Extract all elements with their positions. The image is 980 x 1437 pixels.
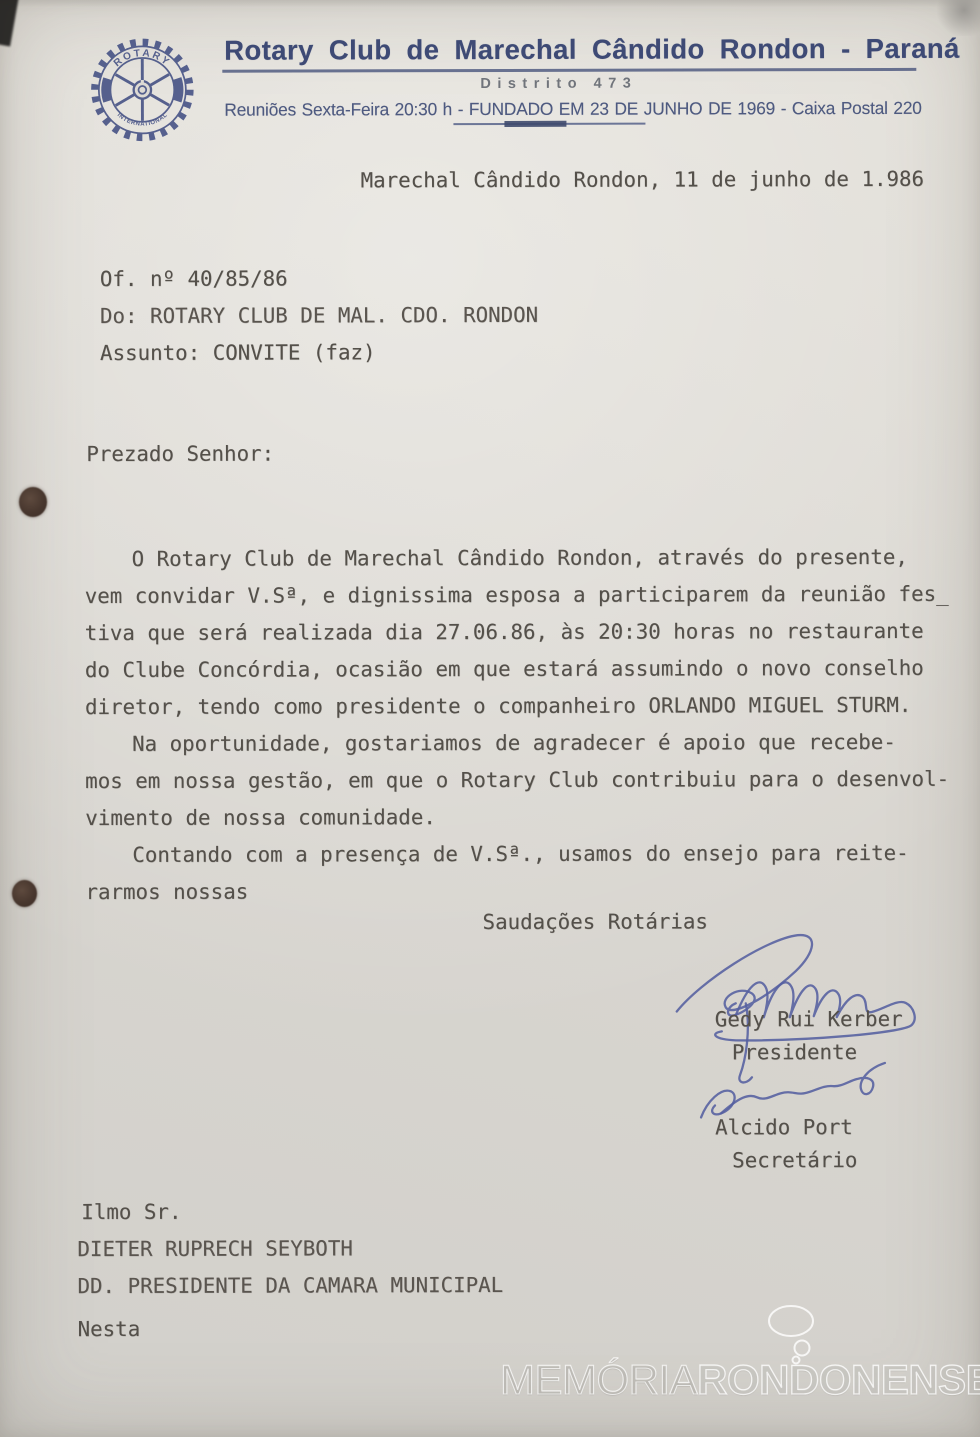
recipient-role: DD. PRESIDENTE DA CAMARA MUNICIPAL [77,1273,503,1300]
reference-from: Do: ROTARY CLUB DE MAL. CDO. RONDON [100,303,538,330]
reference-subject: Assunto: CONVITE (faz) [100,340,376,367]
body-line: Na oportunidade, gostariamos de agradece… [132,730,896,758]
president-name: Gedy Rui Kerber [715,1007,903,1033]
rotary-wheel-icon: ROTARY INTERNATIONAL [84,32,200,148]
body-line: O Rotary Club de Marechal Cândido Rondon… [132,545,908,573]
letterhead-club-name: Rotary Club de Marechal Cândido Rondon -… [224,33,924,67]
body-line: diretor, tendo como presidente o companh… [85,693,911,721]
body-line: rarmos nossas [85,880,248,906]
reference-number: Of. nº 40/85/86 [100,267,288,293]
body-line: vem convidar V.Sª, e dignissima esposa a… [85,582,949,610]
letterhead-district: Distrito 473 [480,76,637,92]
watermark: MEMÓRIARONDONENSE [500,1356,980,1404]
watermark-word-bold: RONDONENSE [697,1356,980,1403]
letterhead-info-underline-mark [504,121,566,127]
letterhead-info-line: Reuniões Sexta-Feira 20:30 h - FUNDADO E… [224,98,933,121]
watermark-word-light: MEMÓRIA [500,1356,697,1403]
scanned-letter-page: ROTARY INTERNATIONAL Rotary Club de Mare… [0,0,980,1437]
secretary-signature-ink [681,1049,911,1125]
secretary-title: Secretário [732,1148,857,1174]
recipient-city: Nesta [78,1317,141,1343]
salutation: Prezado Senhor: [86,442,274,468]
body-line: do Clube Concórdia, ocasião em que estar… [85,656,924,684]
body-line: Contando com a presença de V.Sª., usamos… [132,841,908,869]
body-line: tiva que será realizada dia 27.06.86, às… [85,619,924,647]
recipient-honorific: Ilmo Sr. [81,1200,181,1226]
secretary-name: Alcido Port [715,1115,853,1141]
dateline: Marechal Cândido Rondon, 11 de junho de … [361,167,925,194]
body-line: mos em nossa gestão, em que o Rotary Clu… [85,767,949,795]
body-line: vimento de nossa comunidade. [85,805,436,832]
letterhead-underline [222,68,916,72]
recipient-name: DIETER RUPRECH SEYBOTH [77,1236,353,1263]
